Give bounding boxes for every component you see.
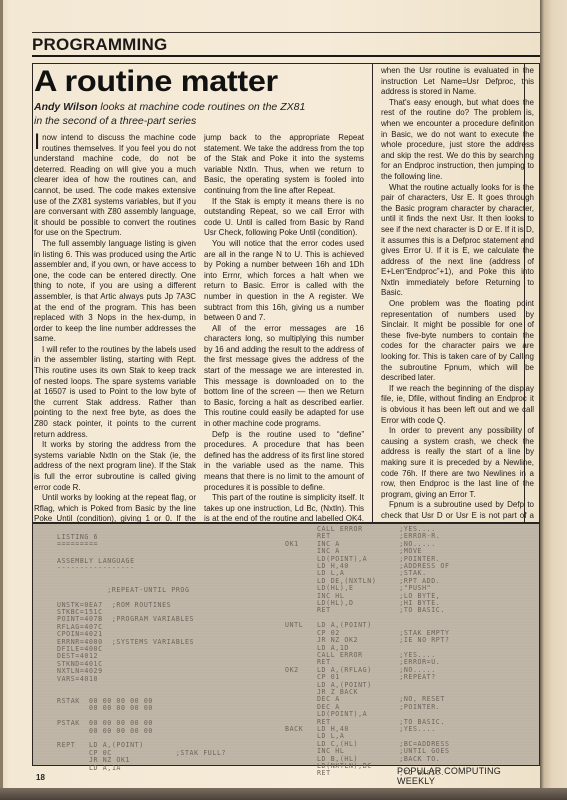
article-column-3: when the Usr routine is evaluated in the… [372, 63, 538, 523]
paragraph: That's easy enough, but what does the re… [381, 98, 534, 183]
page-bottom-shadow [0, 788, 567, 800]
paragraph: One problem was the floating point repre… [381, 299, 534, 384]
paragraph: In order to prevent any possibility of c… [381, 426, 534, 500]
section-label: PROGRAMMING [32, 35, 167, 55]
paragraph: jump back to the appropriate Repeat stat… [204, 133, 364, 197]
article-column-1: Inow intend to discuss the machine code … [34, 133, 196, 523]
paragraph: All of the error messages are 16 charact… [204, 324, 364, 430]
paragraph: I will refer to the routines by the labe… [34, 345, 196, 440]
listing-code-left: ;REPEAT-UNTIL PROG UNSTK=0EA7 ;ROM ROUTI… [57, 572, 226, 772]
standfirst: Andy Wilson looks at machine code routin… [34, 100, 314, 128]
article-headline: A routine matter [34, 65, 278, 99]
page-number: 18 [36, 773, 45, 782]
paragraph: You will notice that the error codes use… [204, 239, 364, 324]
paragraph: Defp is the routine used to “define” pro… [204, 430, 364, 494]
paragraph: It works by storing the address from the… [34, 440, 196, 493]
paragraph: The full assembly language listing is gi… [34, 239, 196, 345]
magazine-page: PROGRAMMING A routine matter Andy Wilson… [0, 0, 540, 790]
paragraph: Inow intend to discuss the machine code … [34, 133, 196, 239]
paragraph: If we reach the beginning of the display… [381, 384, 534, 426]
article-column-2: jump back to the appropriate Repeat stat… [204, 133, 364, 523]
paragraph: What the routine actually looks for is t… [381, 183, 534, 300]
section-rule-bottom [32, 55, 540, 57]
paragraph: when the Usr routine is evaluated in the… [381, 66, 534, 98]
drop-cap: I [34, 133, 40, 151]
code-listing-panel: LISTING 6 ========= ASSEMBLY LANGUAGE --… [32, 523, 540, 766]
listing-code-right: CALL ERROR ;YES.... RET ;ERROR-R. OK1 IN… [285, 526, 450, 778]
adjacent-page-edge [540, 0, 567, 790]
page-spine [0, 0, 3, 790]
listing-title-underline: ========= [57, 541, 98, 548]
paragraph: If the Stak is empty it means there is n… [204, 197, 364, 239]
author-name: Andy Wilson [34, 101, 98, 113]
publication-name: POPULAR COMPUTING WEEKLY [397, 766, 540, 786]
section-rule-top [32, 32, 540, 33]
